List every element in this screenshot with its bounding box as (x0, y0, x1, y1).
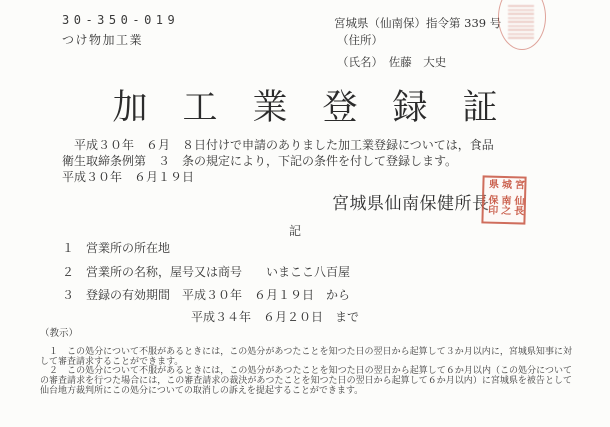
document-number: 30-350-019 (62, 13, 179, 27)
holder-name-line: （氏名） 佐藤 大史 (337, 54, 446, 70)
issuer-name: 宮城県仙南保健所長 (332, 189, 490, 214)
record-item-3-continuation: 平成３４年 ６月２０日 まで (191, 308, 359, 325)
record-heading: 記 (0, 222, 590, 239)
notice-heading: （教示） (40, 325, 78, 339)
notice-paragraph-2: ２ この処分について不服があるときには，この処分があつたことを知つた日の翌日から… (40, 367, 572, 396)
receipt-date-stamp-icon (498, 0, 546, 50)
record-item-1: １ 営業所の所在地 (62, 239, 170, 256)
certificate-page: 30-350-019 つけ物加工業 宮城県（仙南保）指令第 339 号 （住所）… (0, 0, 610, 427)
stamp-illegible-marks (508, 5, 534, 39)
official-seal-icon: 宮城県 仙南保健所 長之印 (481, 175, 526, 224)
name-label: （氏名） (337, 55, 377, 69)
holder-name: 佐藤 大史 (389, 55, 447, 69)
seal-column-1: 宮城県 (484, 178, 524, 195)
certificate-title: 加工業登録証 (0, 80, 610, 130)
body-text-line1: 平成３０年 ６月 ８日付けで申請のありました加工業登録については，食品 (62, 136, 494, 153)
record-item-2: ２ 営業所の名称，屋号又は商号 いまここ八百屋 (62, 263, 350, 280)
notice-paragraph-1: １ この処分について不服があるときには，この処分があつたことを知つた日の翌日から… (40, 348, 572, 368)
directive-number: 宮城県（仙南保）指令第 339 号 (334, 15, 501, 31)
address-label: （住所） (337, 32, 383, 48)
business-type: つけ物加工業 (62, 31, 143, 48)
seal-column-3: 長之印 (483, 204, 523, 221)
record-item-3: ３ 登録の有効期間 平成３０年 ６月１９日 から (62, 286, 350, 303)
issue-date: 平成３０年 ６月１９日 (62, 168, 194, 185)
body-text-line2: 衛生取締条例第 ３ 条の規定により，下記の条件を付して登録します。 (62, 152, 457, 169)
